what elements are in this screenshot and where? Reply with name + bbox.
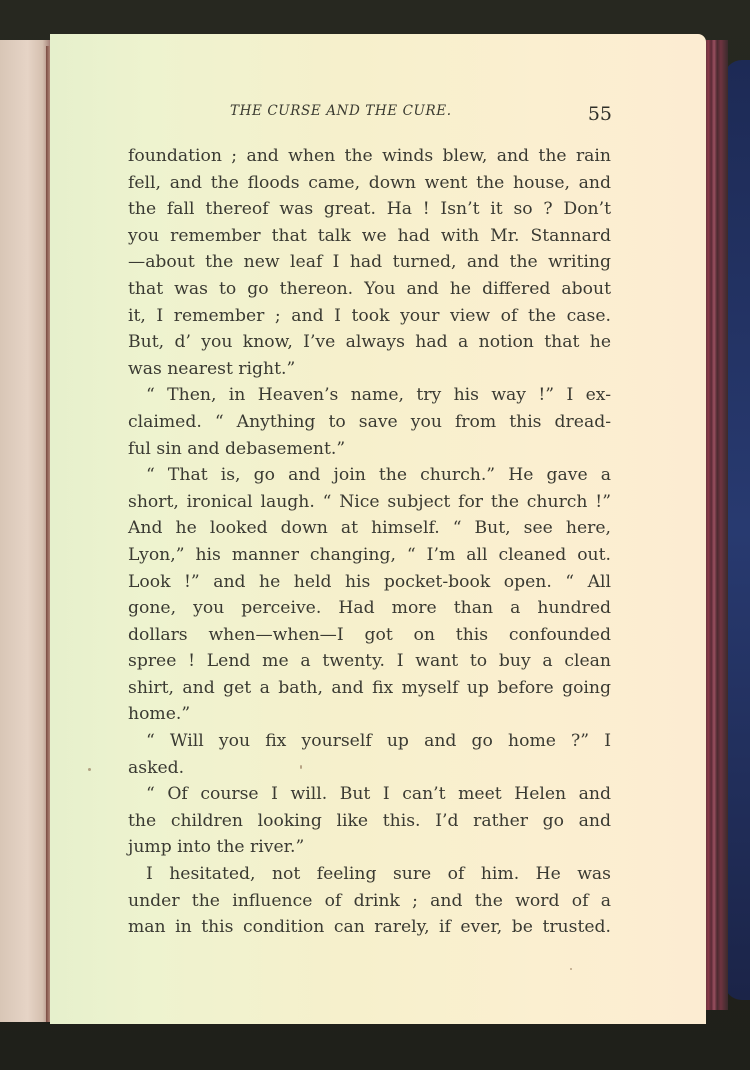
- text-line: foundation ; and when the winds blew, an…: [128, 143, 611, 170]
- ink-speck: [88, 768, 91, 771]
- text-line: jump into the river.”: [128, 834, 611, 861]
- text-line: shirt, and get a bath, and fix myself up…: [128, 675, 611, 702]
- text-line: that was to go thereon. You and he diffe…: [128, 276, 611, 303]
- text-line: And he looked down at himself. “ But, se…: [128, 515, 611, 542]
- text-line: fell, and the floods came, down went the…: [128, 170, 611, 197]
- text-line: man in this condition can rarely, if eve…: [128, 914, 611, 941]
- text-line: Lyon,” his manner changing, “ I’m all cl…: [128, 542, 611, 569]
- text-line: under the influence of drink ; and the w…: [128, 888, 611, 915]
- text-line: was nearest right.”: [128, 356, 611, 383]
- text-line: spree ! Lend me a twenty. I want to buy …: [128, 648, 611, 675]
- text-line: “ Then, in Heaven’s name, try his way !”…: [128, 382, 611, 409]
- running-head: THE CURSE AND THE CURE.: [230, 103, 452, 119]
- body-text: foundation ; and when the winds blew, an…: [128, 143, 611, 941]
- text-line: home.”: [128, 701, 611, 728]
- text-line: the children looking like this. I’d rath…: [128, 808, 611, 835]
- page-header: THE CURSE AND THE CURE. 55: [230, 103, 620, 129]
- page-number: 55: [588, 103, 612, 125]
- text-line: it, I remember ; and I took your view of…: [128, 303, 611, 330]
- page-fore-edge: [704, 40, 728, 1010]
- text-line: dollars when—when—I got on this confound…: [128, 622, 611, 649]
- text-line: Look !” and he held his pocket-book open…: [128, 569, 611, 596]
- text-line: “ Of course I will. But I can’t meet Hel…: [128, 781, 611, 808]
- text-line: “ Will you fix yourself up and go home ?…: [128, 728, 611, 755]
- text-line: the fall thereof was great. Ha ! Isn’t i…: [128, 196, 611, 223]
- ink-speck: [300, 765, 302, 769]
- text-line: —about the new leaf I had turned, and th…: [128, 249, 611, 276]
- text-line: you remember that talk we had with Mr. S…: [128, 223, 611, 250]
- text-line: gone, you perceive. Had more than a hund…: [128, 595, 611, 622]
- text-line: ful sin and debasement.”: [128, 436, 611, 463]
- text-line: asked.: [128, 755, 611, 782]
- left-page-edge: [0, 40, 50, 1022]
- text-line: I hesitated, not feeling sure of him. He…: [128, 861, 611, 888]
- text-line: But, d’ you know, I’ve always had a noti…: [128, 329, 611, 356]
- text-line: claimed. “ Anything to save you from thi…: [128, 409, 611, 436]
- text-line: short, ironical laugh. “ Nice subject fo…: [128, 489, 611, 516]
- text-line: “ That is, go and join the church.” He g…: [128, 462, 611, 489]
- ink-speck: [570, 968, 572, 970]
